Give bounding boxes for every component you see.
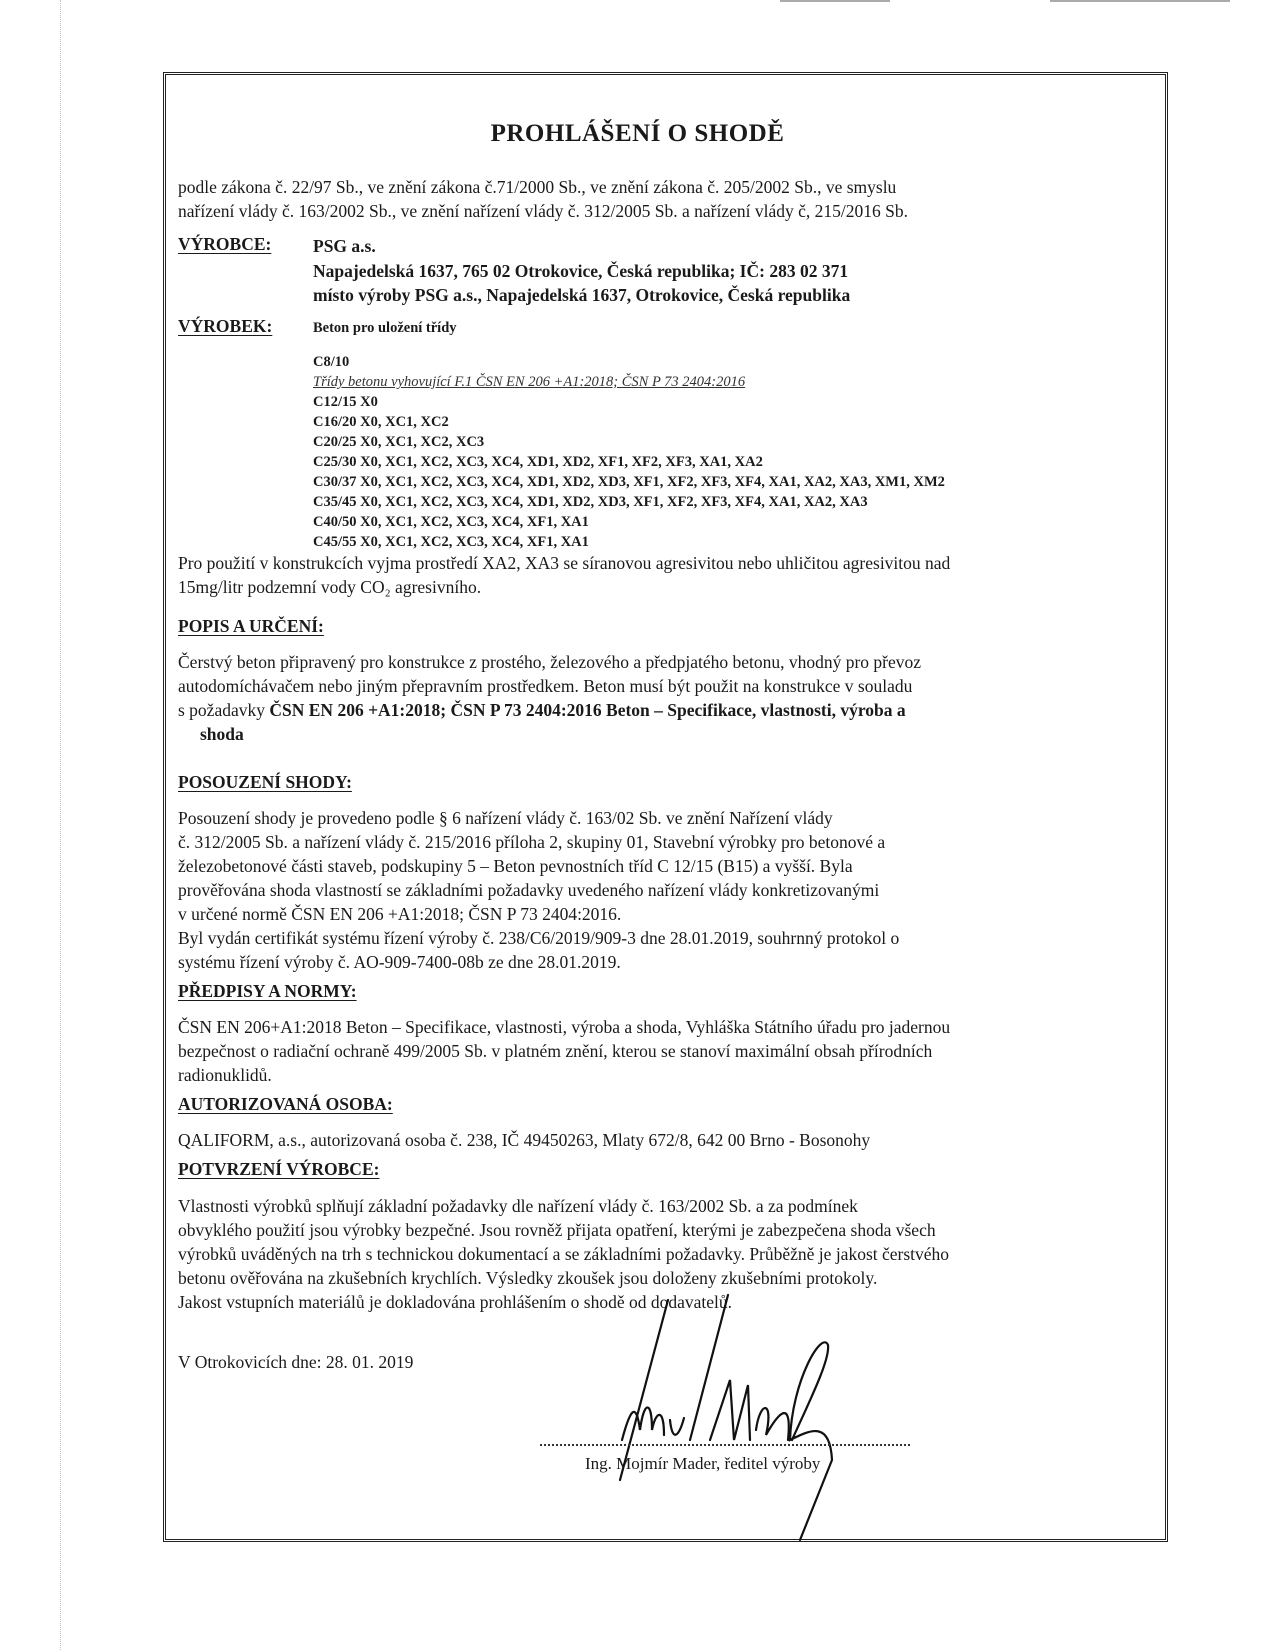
assessment-line: Posouzení shody je provedeno podle § 6 n… — [178, 806, 833, 830]
usage-line: 15mg/litr podzemní vody CO₂ agresivního. — [178, 575, 481, 599]
authorized-person-label: AUTORIZOVANÁ OSOBA: — [178, 1094, 393, 1115]
assessment-line: č. 312/2005 Sb. a nařízení vlády č. 215/… — [178, 830, 885, 854]
class-norm-note: Třídy betonu vyhovující F.1 ČSN EN 206 +… — [313, 372, 945, 392]
class-item: C45/55 X0, XC1, XC2, XC3, XC4, XF1, XA1 — [313, 532, 945, 552]
class-item: C40/50 X0, XC1, XC2, XC3, XC4, XF1, XA1 — [313, 512, 945, 532]
signature-line — [540, 1444, 910, 1446]
manufacturer-name: PSG a.s. — [313, 234, 376, 258]
signer-name: Ing. Mojmír Mader, ředitel výroby — [585, 1454, 820, 1474]
class-item: C8/10 — [313, 352, 945, 372]
scan-top-mark — [1050, 0, 1230, 6]
description-line: s požadavky ČSN EN 206 +A1:2018; ČSN P 7… — [178, 698, 906, 722]
scan-edge-marks — [60, 0, 62, 1650]
confirmation-label: POTVRZENÍ VÝROBCE: — [178, 1159, 379, 1180]
assessment-line: v určené normě ČSN EN 206 +A1:2018; ČSN … — [178, 902, 621, 926]
product-label: VÝROBEK: — [178, 316, 272, 337]
place-date: V Otrokovicích dne: 28. 01. 2019 — [178, 1350, 413, 1374]
assessment-label: POSOUZENÍ SHODY: — [178, 772, 352, 793]
description-prefix: s požadavky — [178, 700, 269, 720]
manufacturer-label: VÝROBCE: — [178, 234, 271, 255]
regulations-label: PŘEDPISY A NORMY: — [178, 981, 357, 1002]
concrete-class-list: C8/10 Třídy betonu vyhovující F.1 ČSN EN… — [313, 352, 945, 552]
intro-line: podle zákona č. 22/97 Sb., ve znění záko… — [178, 175, 896, 199]
description-line: autodomíchávačem nebo jiným přepravním p… — [178, 674, 912, 698]
class-item: C35/45 X0, XC1, XC2, XC3, XC4, XD1, XD2,… — [313, 492, 945, 512]
scan-top-mark — [780, 0, 890, 6]
confirmation-line: betonu ověřována na zkušebních krychlích… — [178, 1266, 877, 1290]
confirmation-line: Vlastnosti výrobků splňují základní poža… — [178, 1194, 858, 1218]
product-heading: Beton pro uložení třídy — [313, 316, 457, 340]
class-item: C12/15 X0 — [313, 392, 945, 412]
regulations-line: ČSN EN 206+A1:2018 Beton – Specifikace, … — [178, 1015, 950, 1039]
authorized-person-line: QALIFORM, a.s., autorizovaná osoba č. 23… — [178, 1128, 870, 1152]
description-label: POPIS A URČENÍ: — [178, 616, 324, 637]
class-item: C16/20 X0, XC1, XC2 — [313, 412, 945, 432]
confirmation-line: obvyklého použití jsou výrobky bezpečné.… — [178, 1218, 936, 1242]
confirmation-line: výrobků uváděných na trh s technickou do… — [178, 1242, 949, 1266]
description-line: shoda — [200, 722, 244, 746]
regulations-line: bezpečnost o radiační ochraně 499/2005 S… — [178, 1039, 932, 1063]
intro-line: nařízení vlády č. 163/2002 Sb., ve znění… — [178, 199, 908, 223]
description-norm: ČSN EN 206 +A1:2018; ČSN P 73 2404:2016 … — [269, 700, 905, 720]
document-title: PROHLÁŠENÍ O SHODĚ — [0, 120, 1275, 148]
assessment-line: systému řízení výroby č. AO-909-7400-08b… — [178, 950, 621, 974]
assessment-line: železobetonové části staveb, podskupiny … — [178, 854, 853, 878]
manufacturer-site: místo výroby PSG a.s., Napajedelská 1637… — [313, 283, 850, 307]
class-item: C20/25 X0, XC1, XC2, XC3 — [313, 432, 945, 452]
signature-mark — [560, 1290, 920, 1550]
description-line: Čerstvý beton připravený pro konstrukce … — [178, 650, 921, 674]
class-item: C25/30 X0, XC1, XC2, XC3, XC4, XD1, XD2,… — [313, 452, 945, 472]
regulations-line: radionuklidů. — [178, 1063, 272, 1087]
usage-line: Pro použití v konstrukcích vyjma prostře… — [178, 551, 950, 575]
assessment-line: prověřována shoda vlastností se základní… — [178, 878, 879, 902]
assessment-line: Byl vydán certifikát systému řízení výro… — [178, 926, 899, 950]
manufacturer-address: Napajedelská 1637, 765 02 Otrokovice, Če… — [313, 259, 848, 283]
class-item: C30/37 X0, XC1, XC2, XC3, XC4, XD1, XD2,… — [313, 472, 945, 492]
